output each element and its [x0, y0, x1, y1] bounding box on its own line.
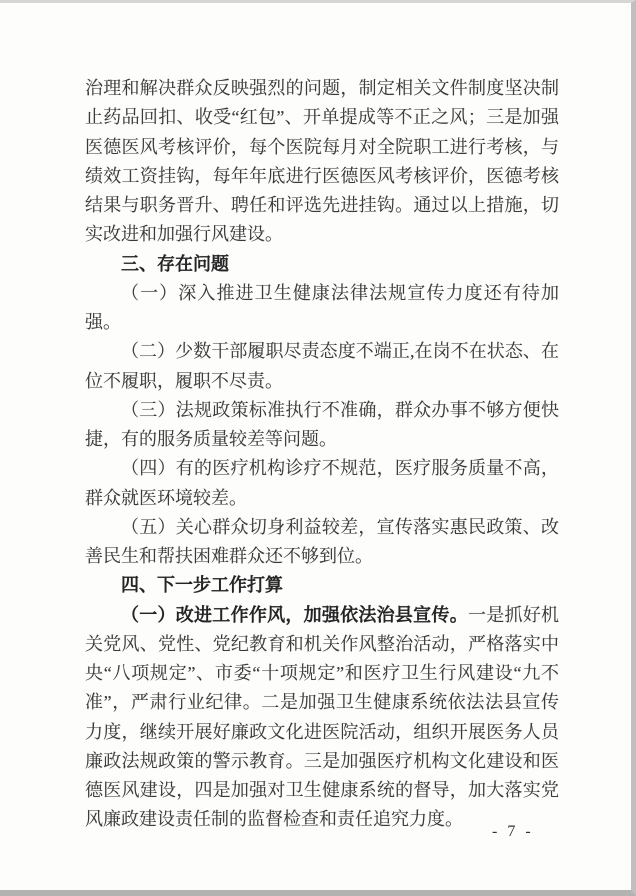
- section-heading: 四、下一步工作打算: [85, 571, 559, 600]
- paragraph: （二）少数干部履职尽责态度不端正,在岗不在状态、在位不履职，履职不尽责。: [85, 337, 559, 396]
- page-number: - 7 -: [492, 823, 534, 841]
- document-body: 治理和解决群众反映强烈的问题，制定相关文件制度坚决制止药品回扣、收受“红包”、开…: [85, 74, 559, 835]
- paragraph: （一）改进工作作风，加强依法治县宣传。一是抓好机关党风、党性、党纪教育和机关作风…: [85, 601, 559, 835]
- paragraph-bold-lead: （一）改进工作作风，加强依法治县宣传。: [121, 605, 468, 625]
- paragraph: 治理和解决群众反映强烈的问题，制定相关文件制度坚决制止药品回扣、收受“红包”、开…: [85, 74, 559, 250]
- section-heading: 三、存在问题: [85, 250, 559, 279]
- scanned-page: 治理和解决群众反映强烈的问题，制定相关文件制度坚决制止药品回扣、收受“红包”、开…: [0, 0, 636, 896]
- paragraph: （一）深入推进卫生健康法律法规宣传力度还有待加强。: [85, 279, 559, 338]
- paragraph: （三）法规政策标准执行不准确，群众办事不够方便快捷，有的服务质量较差等问题。: [85, 396, 559, 455]
- paragraph: （五）关心群众切身利益较差，宣传落实惠民政策、改善民生和帮扶困难群众还不够到位。: [85, 513, 559, 572]
- paragraph: （四）有的医疗机构诊疗不规范，医疗服务质量不高，群众就医环境较差。: [85, 454, 559, 513]
